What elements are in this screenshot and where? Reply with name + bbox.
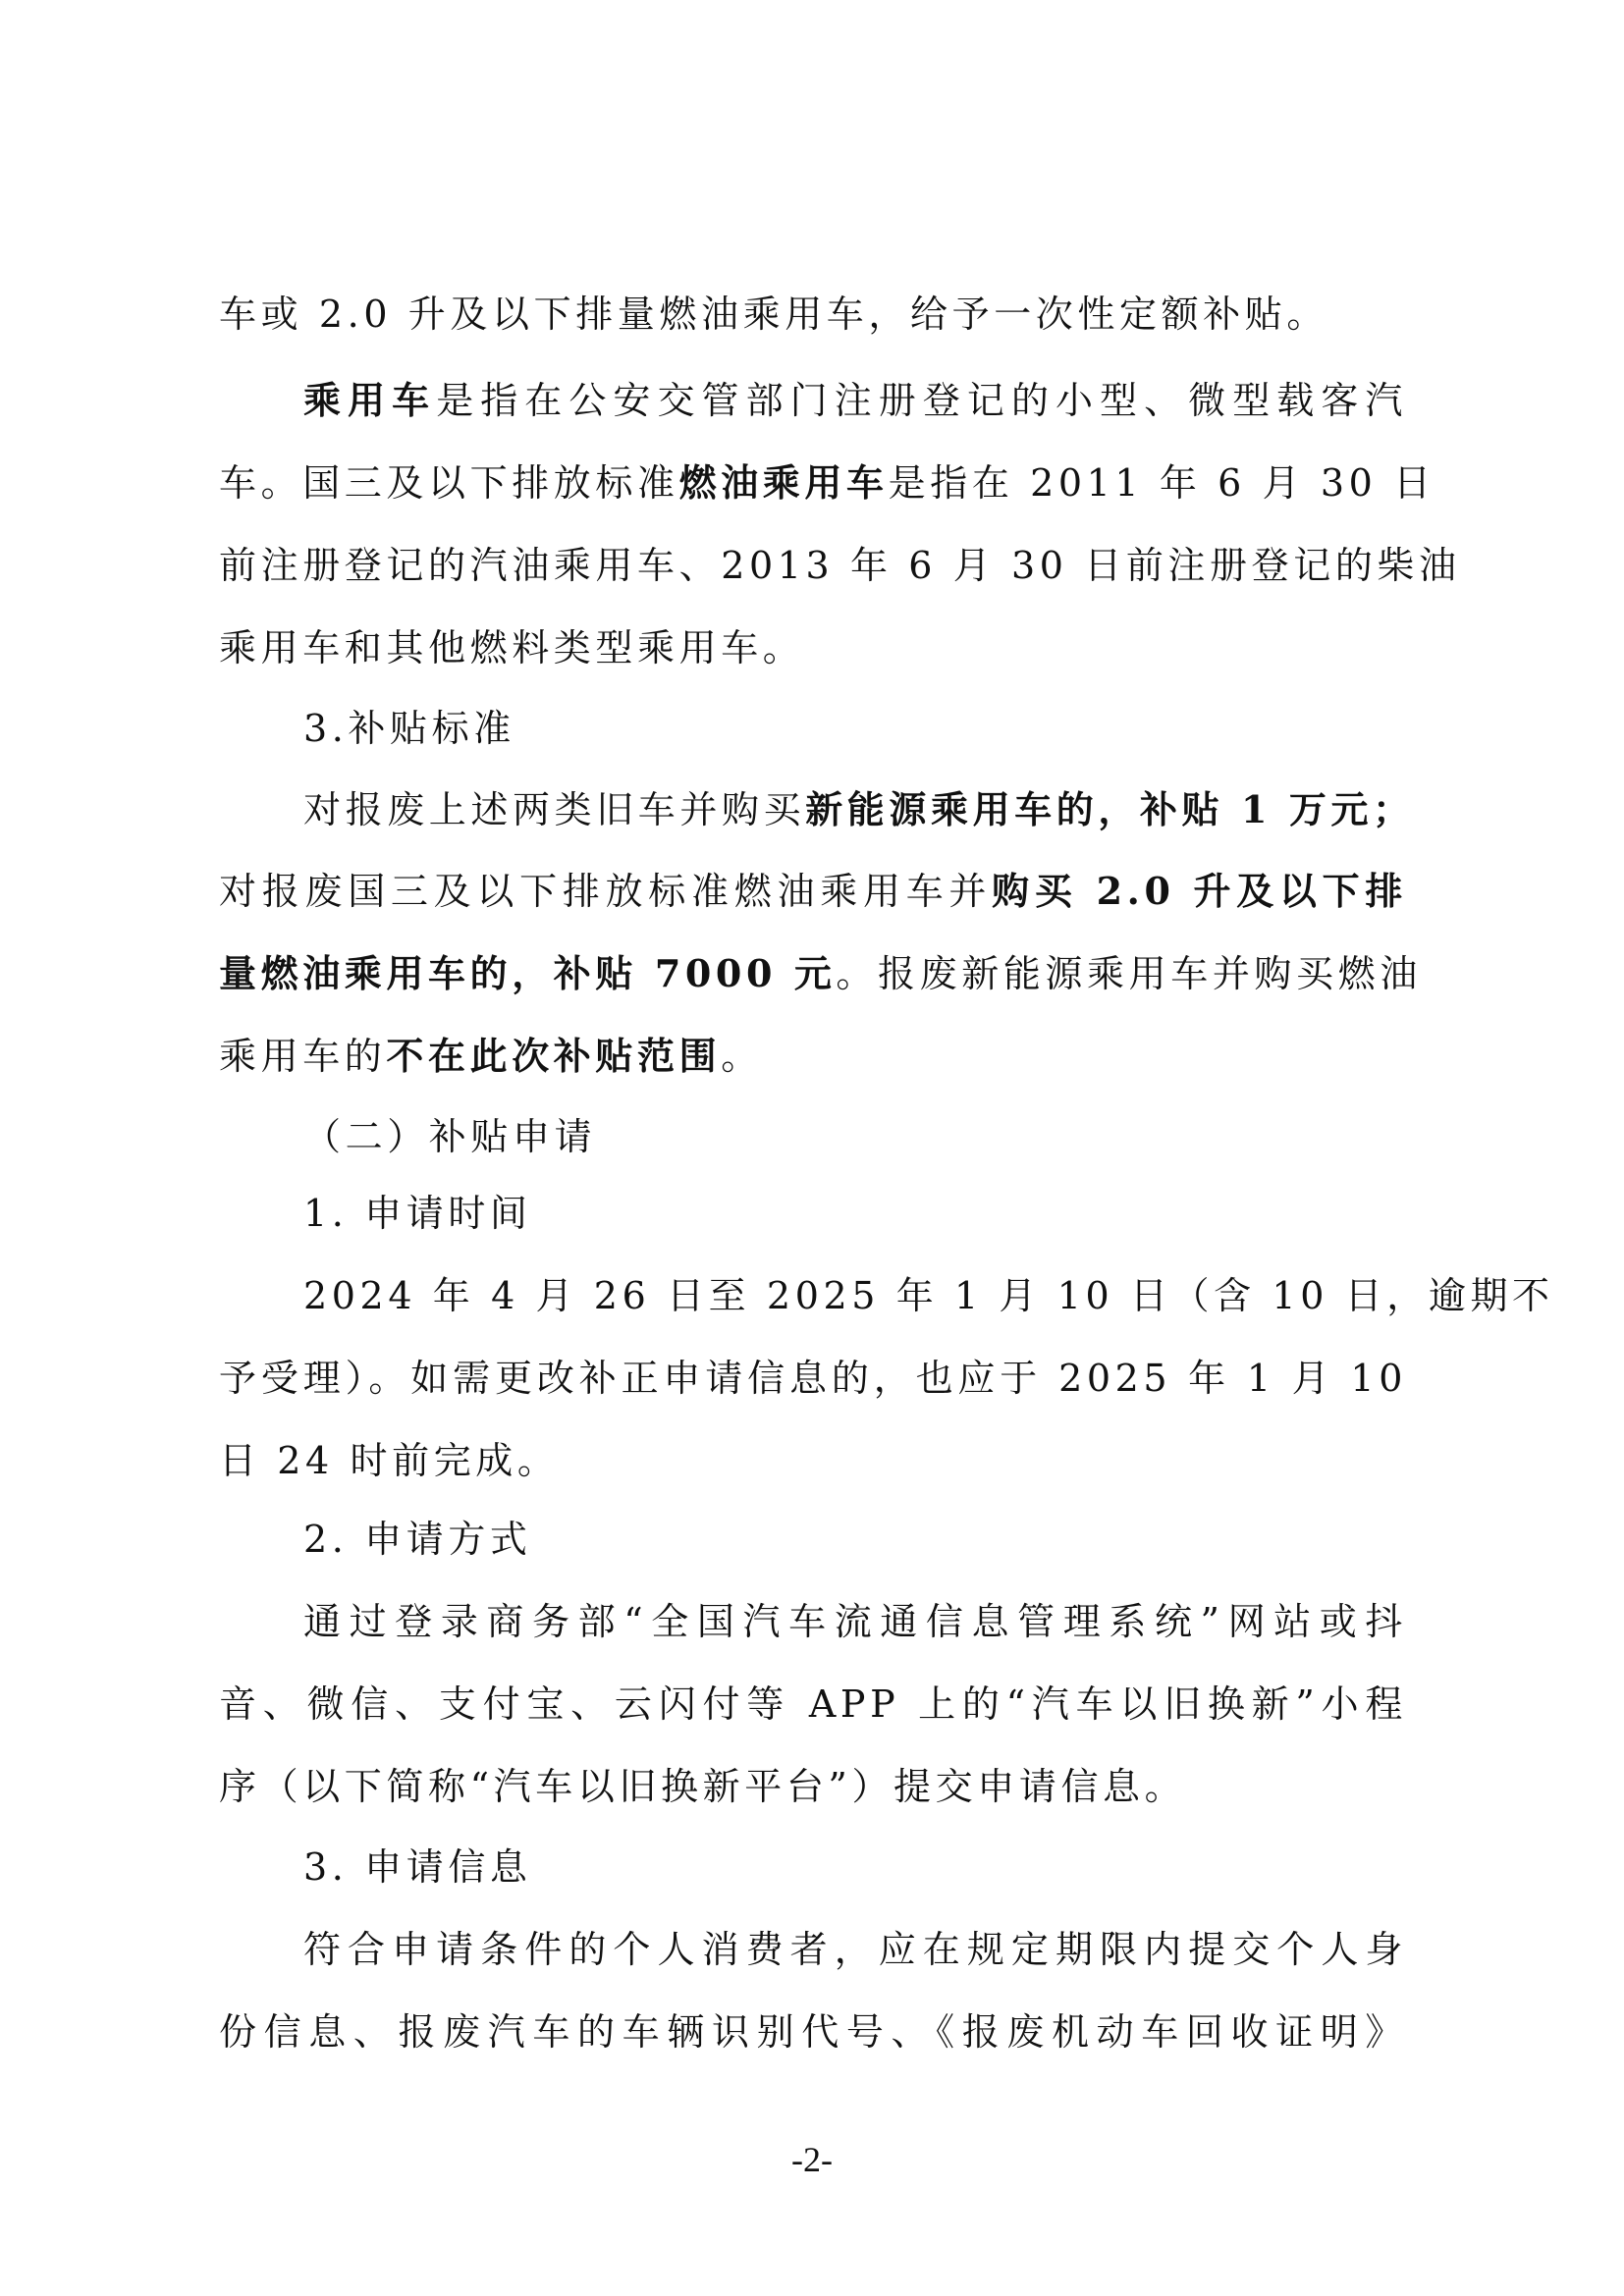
paragraph-line: 2. 申请方式 bbox=[303, 1510, 1407, 1569]
paragraph-line: 1. 申请时间 bbox=[303, 1184, 1407, 1243]
paragraph-line: 予受理）。如需更改补正申请信息的，也应于 2025 年 1 月 10 bbox=[219, 1349, 1407, 1408]
text-segment: 予受理）。如需更改补正申请信息的，也应于 2025 年 1 月 10 bbox=[219, 1357, 1407, 1400]
bold-text: 乘用车 bbox=[303, 378, 436, 422]
text-segment: 车或 2.0 升及以下排量燃油乘用车，给予一次性定额补贴。 bbox=[219, 293, 1328, 336]
paragraph-line: 序（以下简称“汽车以旧换新平台”）提交申请信息。 bbox=[219, 1757, 1407, 1816]
text-segment: 2. 申请方式 bbox=[303, 1518, 532, 1561]
paragraph-line: 对报废上述两类旧车并购买新能源乘用车的，补贴 1 万元； bbox=[303, 780, 1407, 839]
text-segment: 1. 申请时间 bbox=[303, 1192, 532, 1235]
paragraph-line: 符合申请条件的个人消费者，应在规定期限内提交个人身 bbox=[303, 1920, 1407, 1979]
document-page: 车或 2.0 升及以下排量燃油乘用车，给予一次性定额补贴。乘用车是指在公安交管部… bbox=[0, 0, 1624, 2296]
bold-text: 购买 2.0 升及以下排 bbox=[992, 869, 1407, 913]
text-segment: 通过登录商务部“全国汽车流通信息管理系统”网站或抖 bbox=[303, 1600, 1407, 1643]
text-segment: 对报废国三及以下排放标准燃油乘用车并 bbox=[219, 870, 992, 913]
paragraph-line: 对报废国三及以下排放标准燃油乘用车并购买 2.0 升及以下排 bbox=[219, 862, 1407, 921]
paragraph-line: 前注册登记的汽油乘用车、2013 年 6 月 30 日前注册登记的柴油 bbox=[219, 536, 1407, 595]
page-number: -2- bbox=[0, 2138, 1624, 2181]
text-segment: 符合申请条件的个人消费者，应在规定期限内提交个人身 bbox=[303, 1928, 1407, 1971]
text-segment: （二）补贴申请 bbox=[303, 1115, 596, 1158]
paragraph-line: 车。国三及以下排放标准燃油乘用车是指在 2011 年 6 月 30 日 bbox=[219, 454, 1407, 512]
paragraph-line: 日 24 时前完成。 bbox=[219, 1431, 1407, 1490]
paragraph-line: 2024 年 4 月 26 日至 2025 年 1 月 10 日（含 10 日，… bbox=[303, 1266, 1407, 1325]
text-segment: 前注册登记的汽油乘用车、2013 年 6 月 30 日前注册登记的柴油 bbox=[219, 544, 1461, 587]
text-segment: 是指在 2011 年 6 月 30 日 bbox=[889, 461, 1435, 505]
paragraph-line: 通过登录商务部“全国汽车流通信息管理系统”网站或抖 bbox=[303, 1592, 1407, 1651]
paragraph-line: 车或 2.0 升及以下排量燃油乘用车，给予一次性定额补贴。 bbox=[219, 285, 1407, 344]
text-segment: 。报废新能源乘用车并购买燃油 bbox=[836, 952, 1421, 995]
paragraph-line: 乘用车的不在此次补贴范围。 bbox=[219, 1027, 1407, 1086]
paragraph-line: 3. 申请信息 bbox=[303, 1838, 1407, 1896]
bold-text: 不在此次补贴范围 bbox=[386, 1034, 721, 1078]
text-segment: 对报废上述两类旧车并购买 bbox=[303, 788, 805, 831]
paragraph-line: （二）补贴申请 bbox=[303, 1107, 1407, 1166]
bold-text: 量燃油乘用车的，补贴 7000 元 bbox=[219, 951, 836, 995]
text-segment: 乘用车和其他燃料类型乘用车。 bbox=[219, 626, 804, 669]
paragraph-line: 乘用车和其他燃料类型乘用车。 bbox=[219, 618, 1407, 677]
text-segment: 乘用车的 bbox=[219, 1035, 386, 1078]
text-segment: 3.补贴标准 bbox=[303, 707, 515, 750]
paragraph-line: 乘用车是指在公安交管部门注册登记的小型、微型载客汽 bbox=[303, 371, 1407, 430]
text-segment: 车。国三及以下排放标准 bbox=[219, 461, 679, 505]
text-segment: 份信息、报废汽车的车辆识别代号、《报废机动车回收证明》 bbox=[219, 2010, 1407, 2054]
text-segment: 2024 年 4 月 26 日至 2025 年 1 月 10 日（含 10 日，… bbox=[303, 1274, 1554, 1317]
paragraph-line: 3.补贴标准 bbox=[303, 699, 1407, 758]
text-segment: 3. 申请信息 bbox=[303, 1845, 532, 1889]
paragraph-line: 音、微信、支付宝、云闪付等 APP 上的“汽车以旧换新”小程 bbox=[219, 1675, 1407, 1734]
text-segment: 。 bbox=[721, 1035, 763, 1078]
paragraph-line: 量燃油乘用车的，补贴 7000 元。报废新能源乘用车并购买燃油 bbox=[219, 944, 1407, 1003]
text-segment: 日 24 时前完成。 bbox=[219, 1439, 560, 1482]
text-segment: 音、微信、支付宝、云闪付等 APP 上的“汽车以旧换新”小程 bbox=[219, 1682, 1407, 1726]
text-segment: 序（以下简称“汽车以旧换新平台”）提交申请信息。 bbox=[219, 1765, 1186, 1808]
paragraph-line: 份信息、报废汽车的车辆识别代号、《报废机动车回收证明》 bbox=[219, 2002, 1407, 2061]
bold-text: 新能源乘用车的，补贴 1 万元； bbox=[805, 787, 1415, 831]
text-segment: 是指在公安交管部门注册登记的小型、微型载客汽 bbox=[436, 379, 1407, 422]
bold-text: 燃油乘用车 bbox=[679, 460, 889, 505]
